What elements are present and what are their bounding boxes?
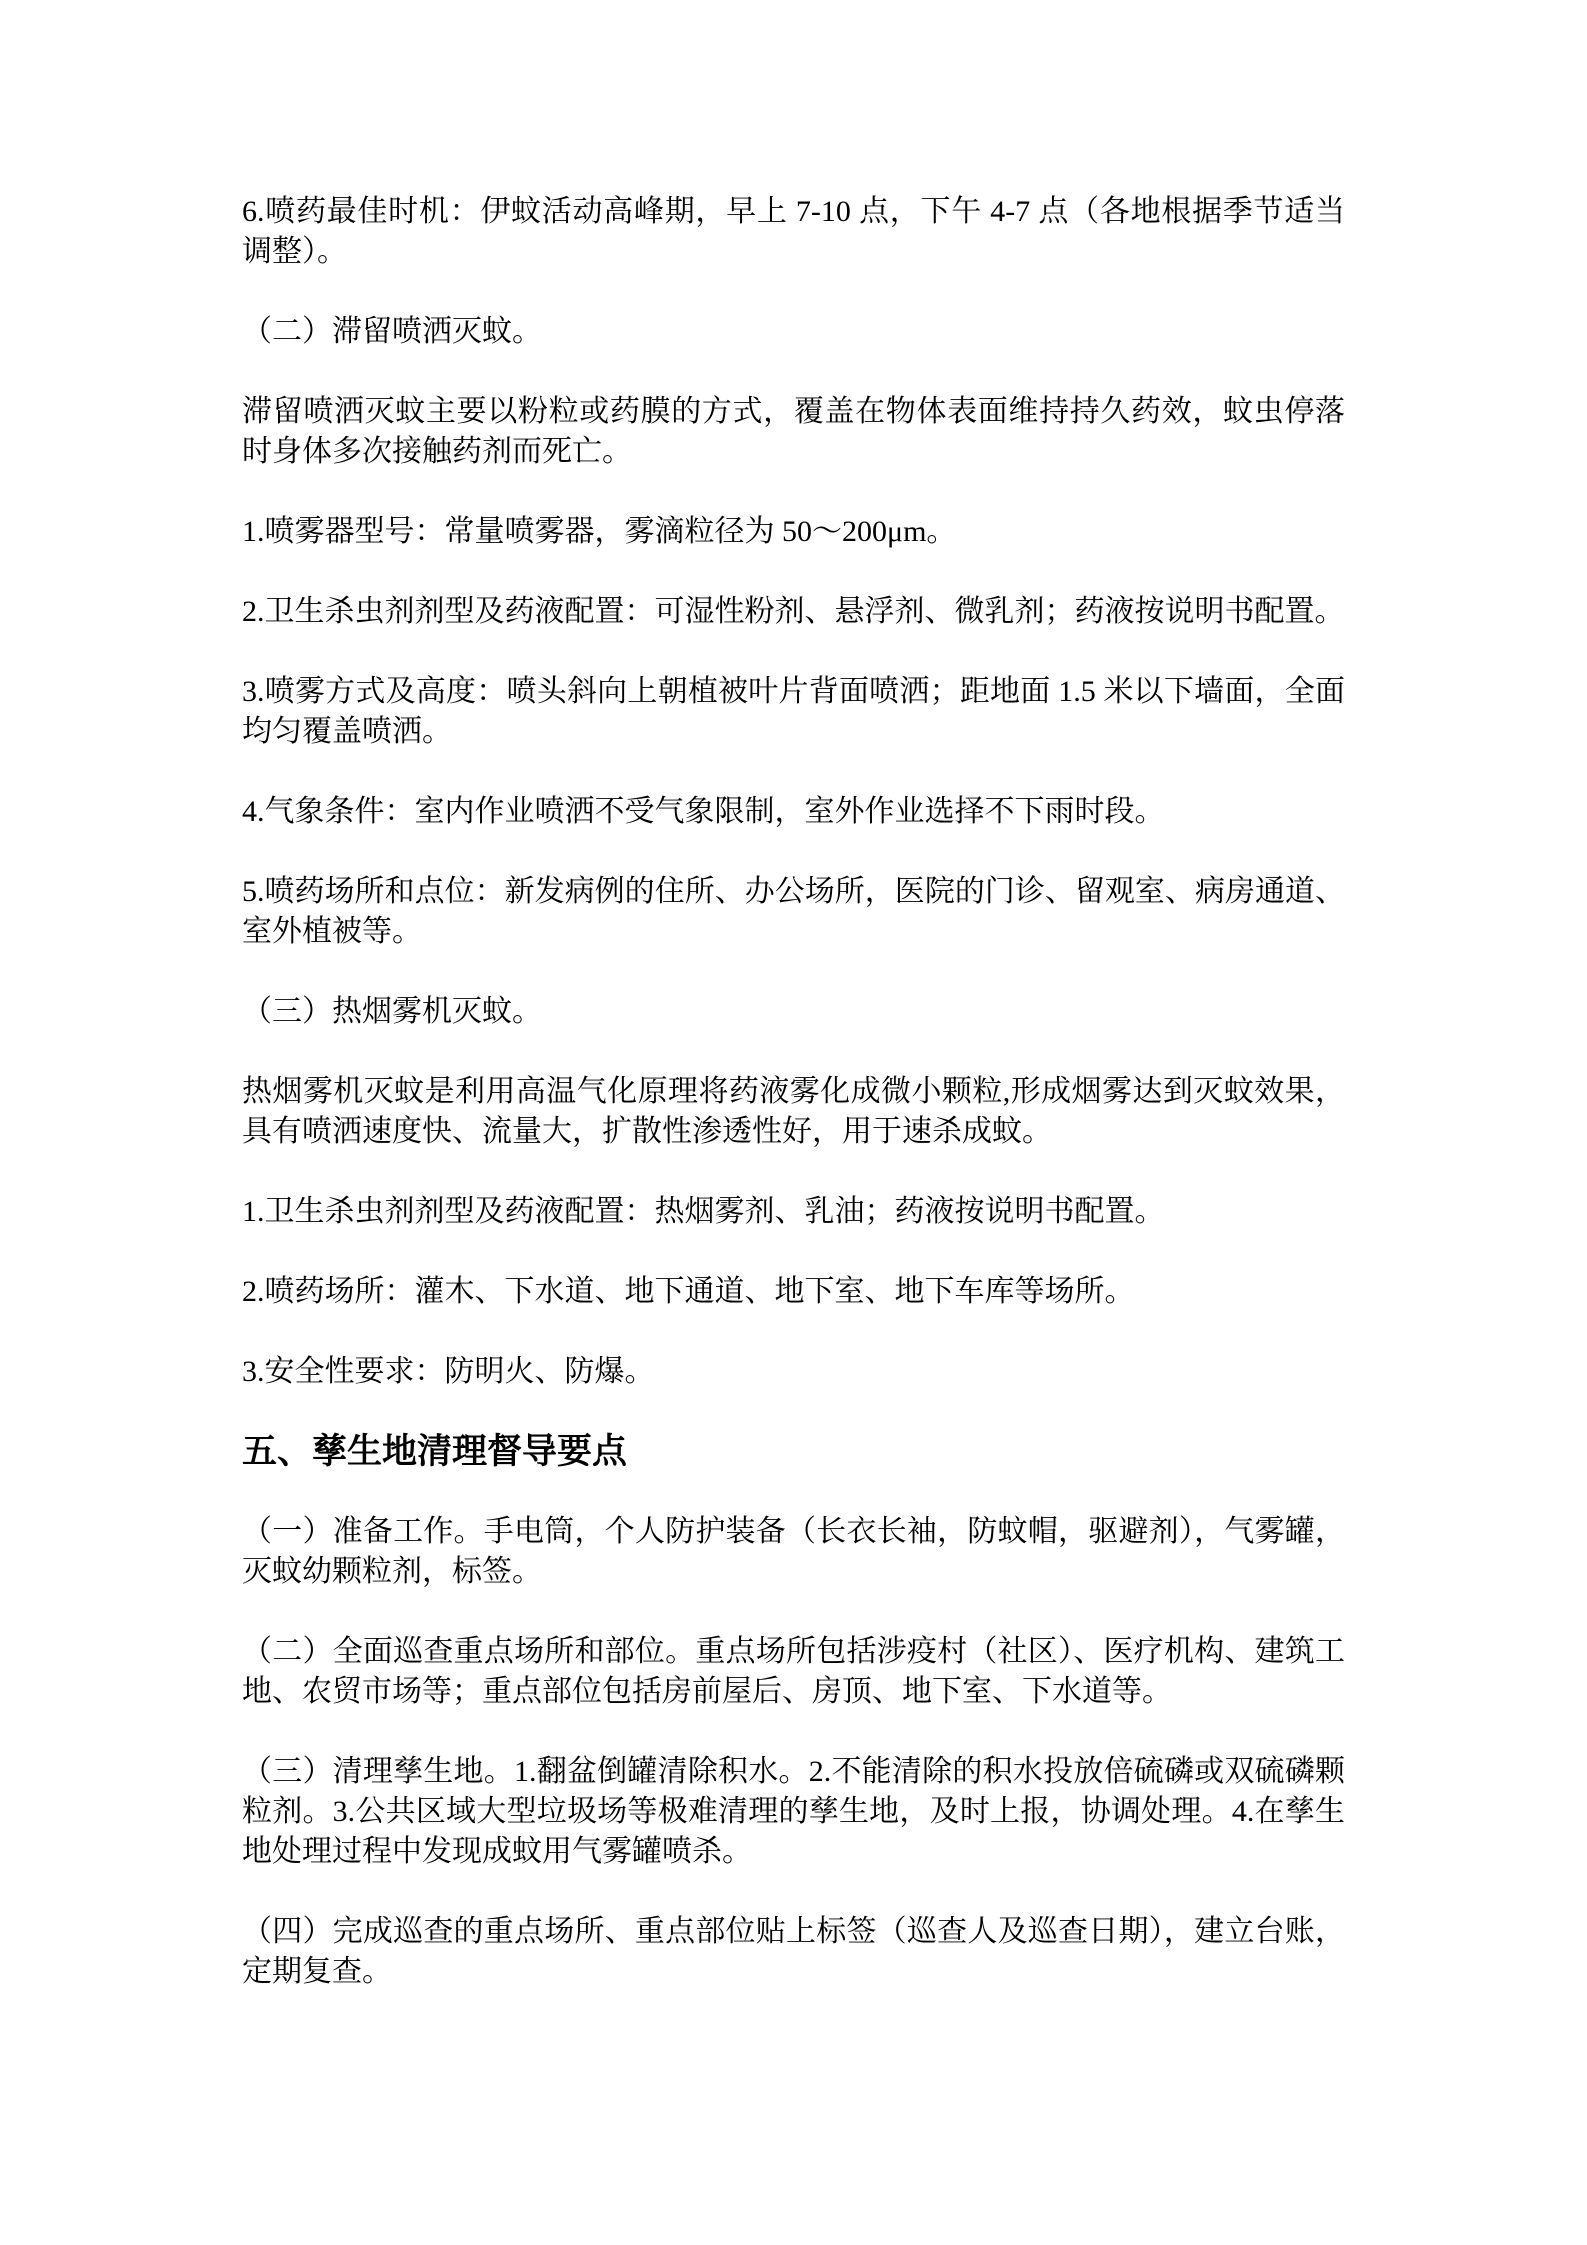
paragraph: 4.气象条件：室内作业喷洒不受气象限制，室外作业选择不下雨时段。 xyxy=(242,792,1345,832)
paragraph: 2.喷药场所：灌木、下水道、地下通道、地下室、地下车库等场所。 xyxy=(242,1272,1345,1312)
paragraph: 热烟雾机灭蚊是利用高温气化原理将药液雾化成微小颗粒,形成烟雾达到灭蚊效果，具有喷… xyxy=(242,1072,1345,1152)
paragraph: （一）准备工作。手电筒，个人防护装备（长衣长袖，防蚊帽，驱避剂），气雾罐，灭蚊幼… xyxy=(242,1512,1345,1592)
paragraph: 6.喷药最佳时机：伊蚊活动高峰期，早上 7-10 点，下午 4-7 点（各地根据… xyxy=(242,192,1345,272)
paragraph: 3.安全性要求：防明火、防爆。 xyxy=(242,1352,1345,1392)
paragraph: 滞留喷洒灭蚊主要以粉粒或药膜的方式，覆盖在物体表面维持持久药效，蚊虫停落时身体多… xyxy=(242,392,1345,472)
paragraph: （三）清理孳生地。1.翻盆倒罐清除积水。2.不能清除的积水投放倍硫磷或双硫磷颗粒… xyxy=(242,1752,1345,1872)
document-content: 6.喷药最佳时机：伊蚊活动高峰期，早上 7-10 点，下午 4-7 点（各地根据… xyxy=(0,0,1587,1992)
paragraph: 1.卫生杀虫剂剂型及药液配置：热烟雾剂、乳油；药液按说明书配置。 xyxy=(242,1192,1345,1232)
paragraph: （二）滞留喷洒灭蚊。 xyxy=(242,312,1345,352)
paragraph: 2.卫生杀虫剂剂型及药液配置：可湿性粉剂、悬浮剂、微乳剂；药液按说明书配置。 xyxy=(242,592,1345,632)
paragraph: 5.喷药场所和点位：新发病例的住所、办公场所，医院的门诊、留观室、病房通道、室外… xyxy=(242,872,1345,952)
paragraph: 1.喷雾器型号：常量喷雾器，雾滴粒径为 50～200μm。 xyxy=(242,512,1345,552)
paragraph: （三）热烟雾机灭蚊。 xyxy=(242,992,1345,1032)
paragraph: （二）全面巡查重点场所和部位。重点场所包括涉疫村（社区）、医疗机构、建筑工地、农… xyxy=(242,1632,1345,1712)
section-heading: 五、孳生地清理督导要点 xyxy=(242,1432,1345,1472)
paragraph: 3.喷雾方式及高度：喷头斜向上朝植被叶片背面喷洒；距地面 1.5 米以下墙面，全… xyxy=(242,672,1345,752)
paragraph: （四）完成巡查的重点场所、重点部位贴上标签（巡查人及巡查日期），建立台账，定期复… xyxy=(242,1912,1345,1992)
document-page: 6.喷药最佳时机：伊蚊活动高峰期，早上 7-10 点，下午 4-7 点（各地根据… xyxy=(0,0,1587,2245)
